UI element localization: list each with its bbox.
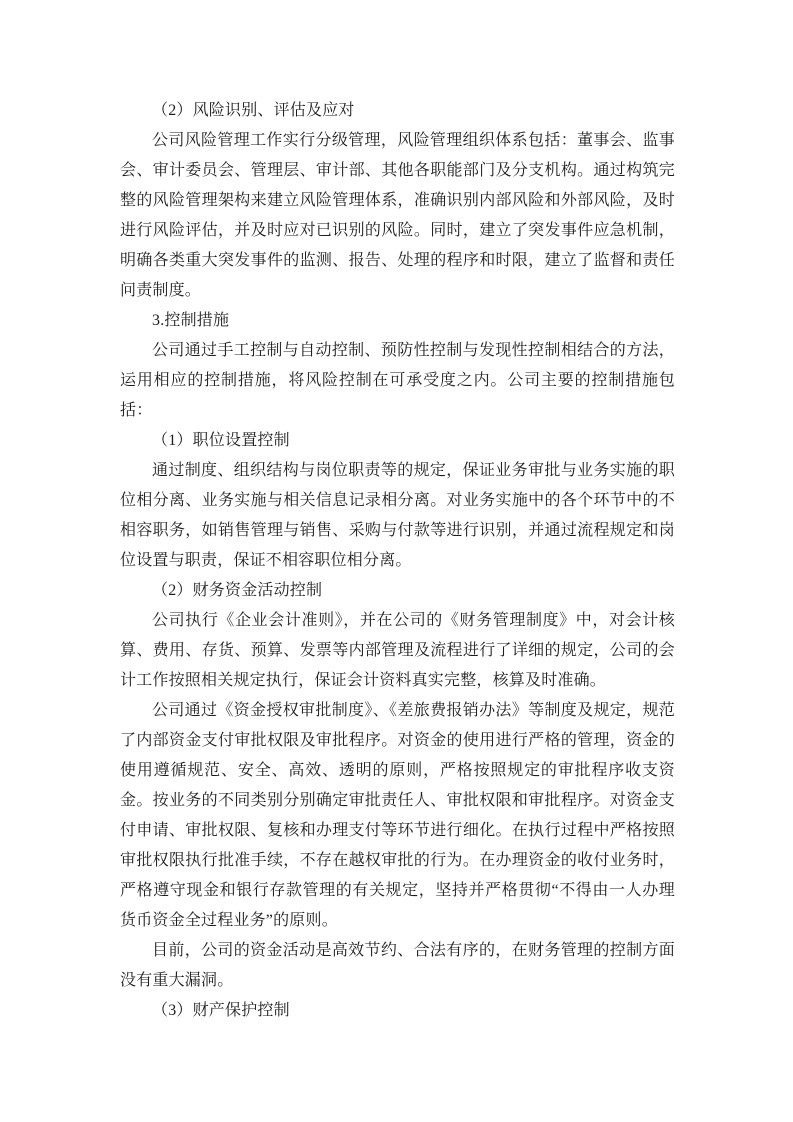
heading-financial-funds-control: （2）财务资金活动控制 [120, 576, 675, 606]
paragraph-control-methods: 公司通过手工控制与自动控制、预防性控制与发现性控制相结合的方法，运用相应的控制措… [120, 336, 675, 426]
heading-risk-identification: （2）风险识别、评估及应对 [120, 96, 675, 126]
paragraph-risk-management-system: 公司风险管理工作实行分级管理，风险管理组织体系包括：董事会、监事会、审计委员会、… [120, 126, 675, 306]
paragraph-funds-status: 目前，公司的资金活动是高效节约、合法有序的，在财务管理的控制方面没有重大漏洞。 [120, 936, 675, 996]
paragraph-funds-approval: 公司通过《资金授权审批制度》、《差旅费报销办法》等制度及规定，规范了内部资金支付… [120, 696, 675, 936]
paragraph-position-separation: 通过制度、组织结构与岗位职责等的规定，保证业务审批与业务实施的职位相分离、业务实… [120, 456, 675, 576]
document-body: （2）风险识别、评估及应对 公司风险管理工作实行分级管理，风险管理组织体系包括：… [120, 96, 675, 1026]
heading-property-protection-control: （3）财产保护控制 [120, 996, 675, 1026]
paragraph-accounting-standards: 公司执行《企业会计准则》，并在公司的《财务管理制度》中，对会计核算、费用、存货、… [120, 606, 675, 696]
document-page: （2）风险识别、评估及应对 公司风险管理工作实行分级管理，风险管理组织体系包括：… [0, 0, 793, 1122]
heading-position-setting-control: （1）职位设置控制 [120, 426, 675, 456]
heading-control-measures: 3.控制措施 [120, 306, 675, 336]
